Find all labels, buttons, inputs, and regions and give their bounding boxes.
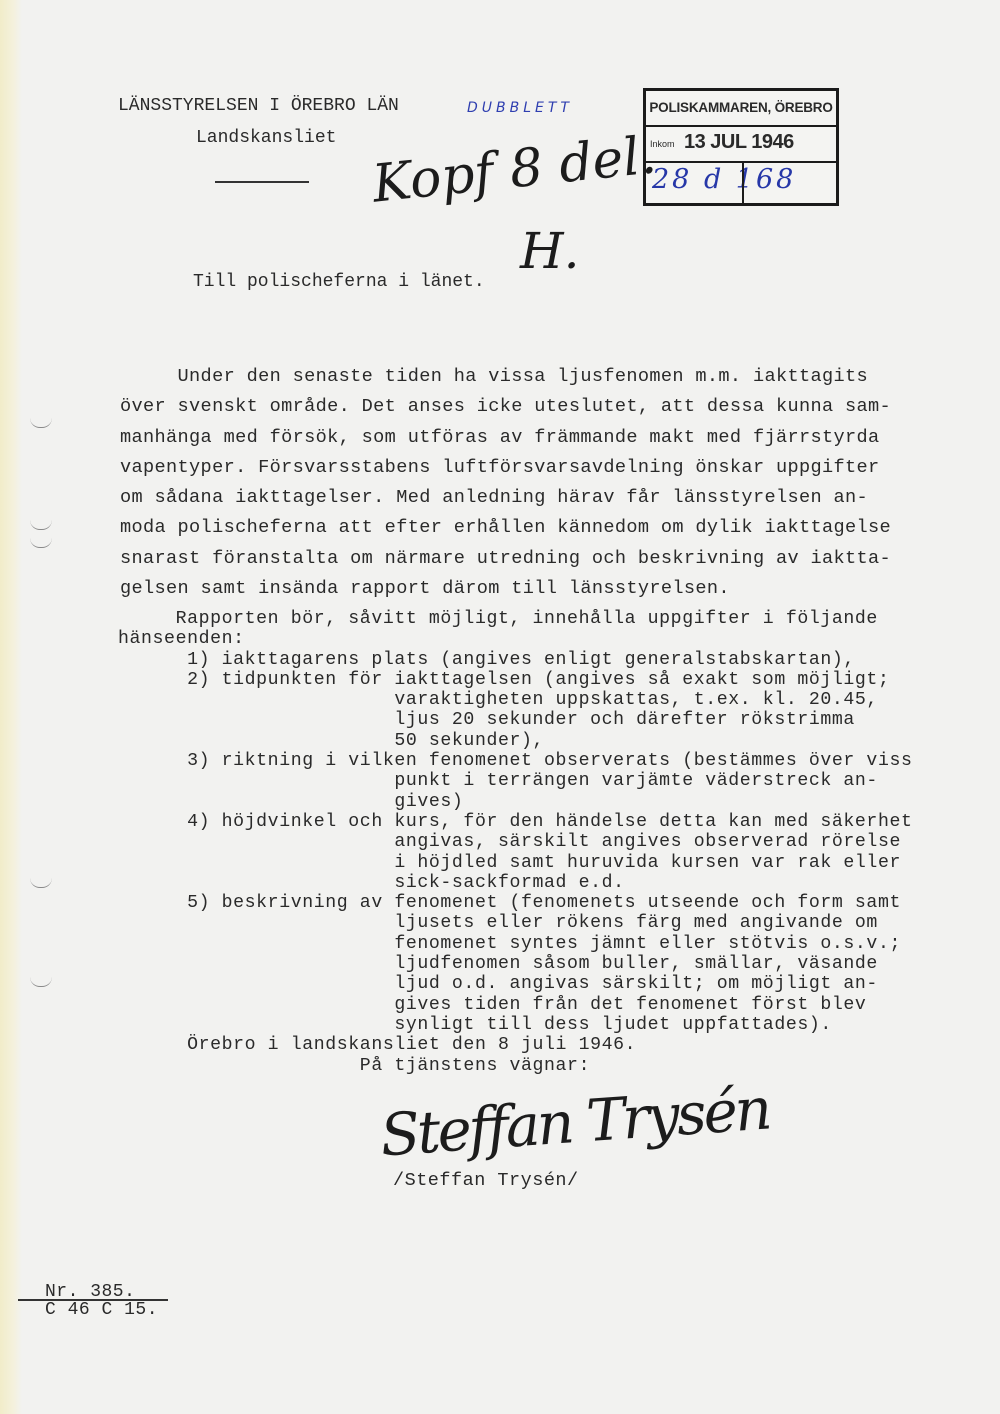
list-line: i höjdled samt huruvida kursen var rak e… xyxy=(118,853,913,873)
list-line: varaktigheten uppskattas, t.ex. kl. 20.4… xyxy=(118,690,913,710)
body-line: gelsen samt insända rapport därom till l… xyxy=(120,574,891,604)
handwritten-initials: H. xyxy=(520,222,580,280)
punch-hole-mark xyxy=(30,520,52,530)
duplicate-mark: DUBBLETT xyxy=(467,100,573,116)
stamp-divider xyxy=(742,163,744,203)
list-item: 3) riktning i vilken fenomenet observera… xyxy=(118,751,913,771)
list-item: 5) beskrivning av fenomenet (fenomenets … xyxy=(118,893,913,913)
stamp-register-row: 28 d 168 xyxy=(646,163,836,203)
header-divider xyxy=(215,181,309,183)
paper-edge xyxy=(0,0,22,1414)
punch-hole-mark xyxy=(30,977,52,987)
reference-code: C 46 C 15. xyxy=(45,1300,158,1320)
salutation: Till polischeferna i länet. xyxy=(193,272,485,292)
list-line: angivas, särskilt angives observerad rör… xyxy=(118,832,913,852)
list-line: fenomenet syntes jämnt eller stötvis o.s… xyxy=(118,934,913,954)
list-item: 4) höjdvinkel och kurs, för den händelse… xyxy=(118,812,913,832)
list-line: synligt till dess ljudet uppfattades). xyxy=(118,1015,913,1035)
list-line: ljud o.d. angivas särskilt; om möjligt a… xyxy=(118,974,913,994)
list-item: 1) iakttagarens plats (angives enligt ge… xyxy=(118,650,913,670)
punch-hole-mark xyxy=(30,418,52,428)
place-date-line: Örebro i landskansliet den 8 juli 1946. xyxy=(118,1035,913,1055)
signatory-name: /Steffan Trysén/ xyxy=(393,1170,579,1191)
body-line: snarast föranstalta om närmare utredning… xyxy=(120,544,891,574)
list-line: Rapporten bör, såvitt möjligt, innehålla… xyxy=(118,609,913,629)
body-line: manhänga med försök, som utföras av främ… xyxy=(120,423,891,453)
list-line: gives) xyxy=(118,792,913,812)
body-line: vapentyper. Försvarsstabens luftförsvars… xyxy=(120,453,891,483)
stamp-received-date: 13 JUL 1946 xyxy=(684,131,794,154)
received-stamp: POLISKAMMAREN, ÖREBRO Inkom 13 JUL 1946 … xyxy=(643,88,839,206)
list-item: 2) tidpunkten för iakttagelsen (angives … xyxy=(118,670,913,690)
reference-number: Nr. 385. xyxy=(45,1282,135,1302)
stamp-register-number: 28 d 168 xyxy=(652,164,796,195)
list-line: gives tiden från det fenomenet först ble… xyxy=(118,995,913,1015)
stamp-office: POLISKAMMAREN, ÖREBRO xyxy=(646,91,836,127)
list-line: punkt i terrängen varjämte väderstreck a… xyxy=(118,771,913,791)
list-line: hänseenden: xyxy=(118,629,913,649)
list-line: ljudfenomen såsom buller, smällar, väsan… xyxy=(118,954,913,974)
letter-body: Under den senaste tiden ha vissa ljusfen… xyxy=(120,362,891,604)
organization-heading: LÄNSSTYRELSEN I ÖREBRO LÄN xyxy=(118,96,399,116)
punch-hole-mark xyxy=(30,878,52,888)
list-line: ljus 20 sekunder och därefter rökstrimma xyxy=(118,710,913,730)
report-requirements: Rapporten bör, såvitt möjligt, innehålla… xyxy=(118,609,913,1076)
body-line: över svenskt område. Det anses icke utes… xyxy=(120,392,891,422)
department-heading: Landskansliet xyxy=(196,128,336,148)
stamp-date-row: Inkom 13 JUL 1946 xyxy=(646,127,836,163)
punch-hole-mark xyxy=(30,538,52,548)
handwritten-note: Kopf 8 del. xyxy=(370,125,659,214)
list-line: 50 sekunder), xyxy=(118,731,913,751)
handwritten-signature: Steffan Trysén xyxy=(378,1075,771,1170)
on-behalf-line: På tjänstens vägnar: xyxy=(118,1056,913,1076)
body-line: om sådana iakttagelser. Med anledning hä… xyxy=(120,483,891,513)
body-line: Under den senaste tiden ha vissa ljusfen… xyxy=(120,362,891,392)
list-line: sick-sackformad e.d. xyxy=(118,873,913,893)
body-line: moda polischeferna att efter erhållen kä… xyxy=(120,513,891,543)
list-line: ljusets eller rökens färg med angivande … xyxy=(118,913,913,933)
